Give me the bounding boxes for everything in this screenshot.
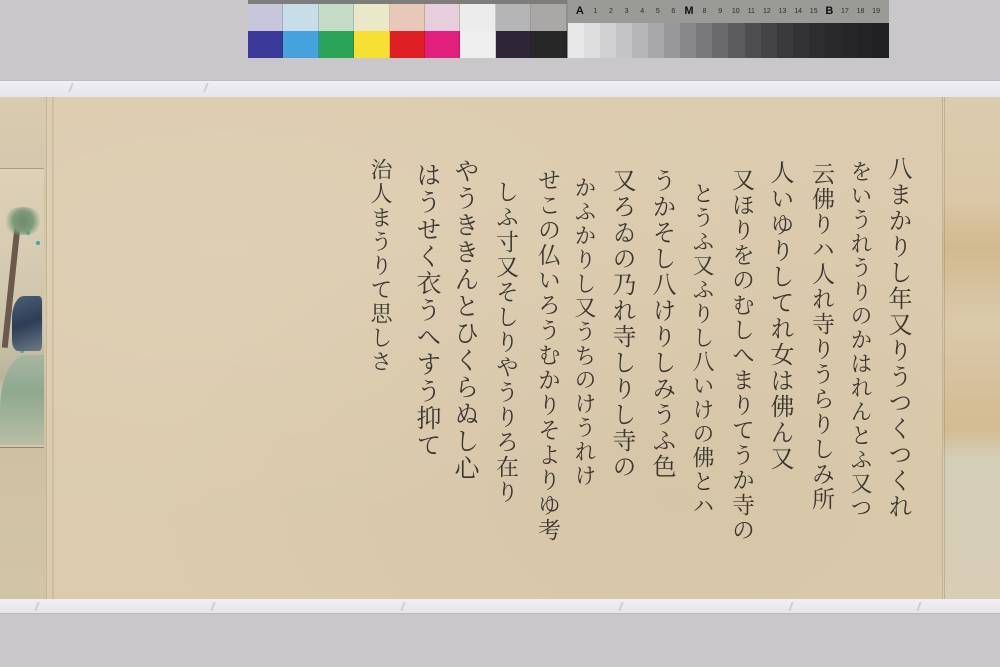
gray-scale-step — [616, 23, 632, 58]
color-patch — [425, 4, 460, 31]
gray-scale-step — [809, 23, 825, 58]
calligraphy-column: はうせく衣うへすう抑て — [415, 162, 440, 459]
color-patch-row-pastel — [248, 4, 567, 31]
rail-clip — [34, 602, 39, 611]
gray-scale-label: 2 — [603, 8, 619, 15]
calligraphy-column: 八まかりし年又りうつくつくれ — [886, 156, 910, 520]
gray-scale-label: 13 — [775, 8, 791, 15]
gray-scale-step — [600, 23, 616, 58]
gray-scale-label: B — [822, 5, 838, 17]
gray-scale-step — [568, 23, 584, 58]
gray-scale-label: 15 — [806, 8, 822, 15]
color-patch-block — [248, 0, 567, 58]
gray-scale-step — [584, 23, 600, 58]
gray-scale-label: 12 — [759, 8, 775, 15]
rail-clip — [210, 602, 215, 611]
gray-scale-labels: A123456M89101112131415B171819 — [568, 0, 889, 22]
color-patch — [531, 4, 566, 31]
calligraphy-column: うかそし八けりしみうふ色 — [650, 168, 674, 480]
gray-scale-step — [632, 23, 648, 58]
moss-dot — [36, 241, 40, 245]
endpaper-section — [942, 97, 1000, 599]
gray-scale-label: M — [681, 5, 697, 17]
gray-scale-label: 3 — [619, 8, 635, 15]
gray-scale-step — [745, 23, 761, 58]
gray-scale-label: 18 — [853, 8, 869, 15]
color-patch — [248, 4, 283, 31]
rail-clip — [788, 602, 793, 611]
gray-scale-step — [825, 23, 841, 58]
color-patch — [248, 31, 283, 58]
calligraphy-column: とうふ又ふりし八いけの佛とハ — [690, 182, 712, 518]
gray-scale-label: 17 — [837, 8, 853, 15]
gray-scale-step — [648, 23, 664, 58]
calligraphy-text: 八まかりし年又りうつくつくれ をいうれうりのかはれんとふ又つ 云佛りハ人れ寺りう… — [340, 148, 910, 568]
gray-scale-steps — [568, 23, 889, 58]
gray-scale-label: 8 — [697, 8, 713, 15]
gray-scale-step — [841, 23, 857, 58]
color-patch — [460, 4, 495, 31]
rail-clip — [203, 83, 208, 92]
calligraphy-column: かふかりし又うちのけうれけ — [572, 176, 594, 488]
gray-scale-step — [712, 23, 728, 58]
color-patch — [283, 31, 318, 58]
calligraphy-column: をいうれうりのかはれんとふ又つ — [848, 160, 870, 520]
color-patch — [496, 31, 531, 58]
gray-scale-label: 1 — [588, 8, 604, 15]
color-patch — [425, 31, 460, 58]
calligraphy-column: 云佛りハ人れ寺りうらりしみ所 — [809, 162, 832, 512]
color-patch — [460, 31, 495, 58]
gray-scale-label: 11 — [744, 8, 760, 15]
gray-scale-step — [728, 23, 744, 58]
calligraphy-column: やうききんとひくらぬし心 — [453, 158, 478, 482]
endpaper-seam — [944, 97, 945, 599]
color-patch — [390, 31, 425, 58]
calligraphy-column: 治人まうりて思しさ — [368, 158, 390, 374]
gray-scale-step — [680, 23, 696, 58]
gray-scale-strip: A123456M89101112131415B171819 — [568, 0, 889, 58]
calligraphy-column: せこの仏いろうむかりそよりゆ考 — [535, 168, 558, 543]
gray-scale-step — [857, 23, 873, 58]
color-patch — [354, 4, 389, 31]
color-patch — [283, 4, 318, 31]
gray-scale-step — [793, 23, 809, 58]
calligraphy-column: 又ろゐの乃れ寺しりし寺の — [610, 168, 634, 480]
gray-scale-label: 19 — [868, 8, 884, 15]
rail-clip — [916, 602, 921, 611]
gray-scale-label: 5 — [650, 8, 666, 15]
gray-scale-step — [664, 23, 680, 58]
bottom-mounting-rail — [0, 599, 1000, 614]
rail-clip — [400, 602, 405, 611]
gray-scale-label: 6 — [666, 8, 682, 15]
color-patch — [319, 31, 354, 58]
gray-scale-label: 14 — [790, 8, 806, 15]
calligraphy-column: 人いゆりしてれ女は佛ん又 — [768, 160, 792, 472]
gray-scale-step — [777, 23, 793, 58]
gray-scale-label: 4 — [634, 8, 650, 15]
gray-scale-step — [696, 23, 712, 58]
gray-scale-label: 9 — [712, 8, 728, 15]
color-patch — [496, 4, 531, 31]
top-mounting-rail — [0, 80, 1000, 98]
gray-scale-label: A — [572, 5, 588, 17]
rail-clip — [618, 602, 623, 611]
color-patch — [531, 31, 566, 58]
paper-seam — [52, 97, 54, 599]
rail-clip — [68, 83, 73, 92]
gray-scale-step — [873, 23, 889, 58]
gray-scale-label: 10 — [728, 8, 744, 15]
color-patch — [319, 4, 354, 31]
color-calibration-chart: A123456M89101112131415B171819 — [248, 0, 889, 58]
painted-tree-foliage — [2, 207, 44, 235]
calligraphy-column: 又ほりをのむしへまりてうか寺の — [729, 168, 752, 543]
color-patch — [354, 31, 389, 58]
calligraphy-column: しふ寸又そしりやうりろ在り — [493, 180, 516, 505]
gray-scale-step — [761, 23, 777, 58]
color-patch — [390, 4, 425, 31]
color-patch-row-saturated — [248, 31, 567, 58]
painted-rock — [12, 296, 42, 351]
